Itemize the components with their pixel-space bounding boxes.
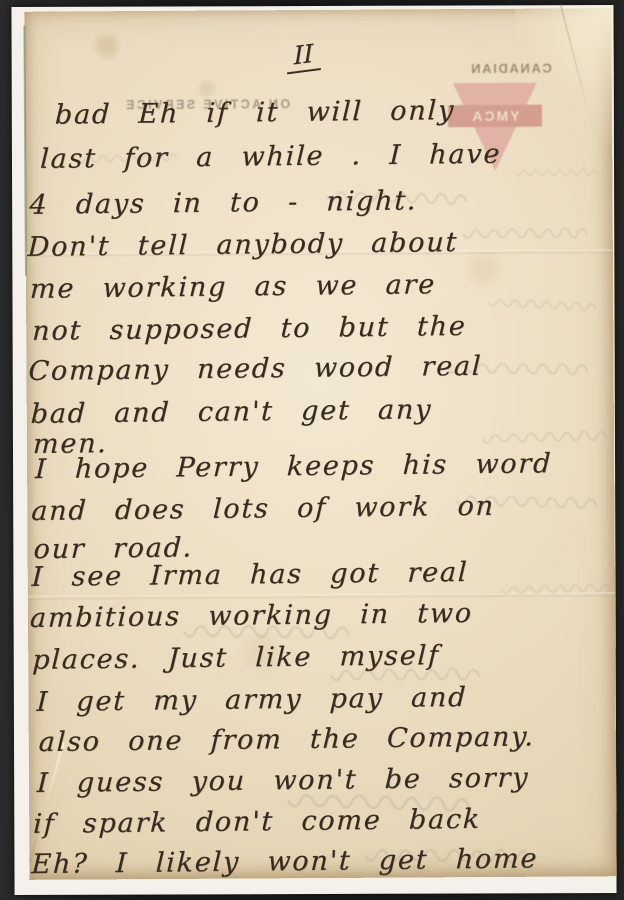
paper-edge-artifact — [23, 26, 27, 276]
scan-background: CANADIAN YMCA ON ACTIVE SERVICE II bad E… — [0, 0, 624, 900]
handwritten-line: if spark don't come back — [32, 801, 481, 844]
ymca-logo-band: YMCA — [448, 105, 542, 128]
handwritten-line: Don't tell anybody about — [27, 224, 459, 267]
page-number: II — [286, 38, 320, 74]
letter-page: CANADIAN YMCA ON ACTIVE SERVICE II bad E… — [24, 8, 616, 880]
handwritten-line: bad Eh if it will only — [54, 92, 456, 135]
handwritten-line: I see Irma has got real — [31, 554, 469, 597]
bleedthrough-ghost-writing — [499, 166, 599, 179]
handwritten-line: last for a while . I have — [39, 136, 502, 179]
handwritten-line: not supposed to but the — [31, 308, 467, 351]
handwritten-line: I get my army pay and — [36, 679, 468, 722]
handwritten-line: ambitious working in two — [29, 595, 473, 638]
handwritten-line: and does lots of work on — [31, 488, 496, 531]
bleedthrough-ghost-writing — [482, 580, 612, 599]
handwritten-line: I hope Perry keeps his word — [34, 445, 553, 489]
handwritten-line: places. Just like myself — [31, 637, 440, 680]
bleedthrough-ghost-writing — [440, 224, 590, 244]
handwritten-line: Eh? I likely won't get home — [31, 840, 539, 884]
handwritten-line: Company needs wood real — [28, 348, 483, 391]
bleedthrough-ghost-writing — [468, 296, 598, 314]
bleedthrough-canadian-text: CANADIAN — [457, 61, 565, 77]
handwritten-line: me working as we are — [29, 266, 437, 309]
handwritten-line: I guess you won't be sorry — [36, 759, 530, 803]
handwritten-line: also one from the Company. — [38, 718, 536, 762]
handwritten-line: 4 days in to - night. — [29, 182, 418, 224]
